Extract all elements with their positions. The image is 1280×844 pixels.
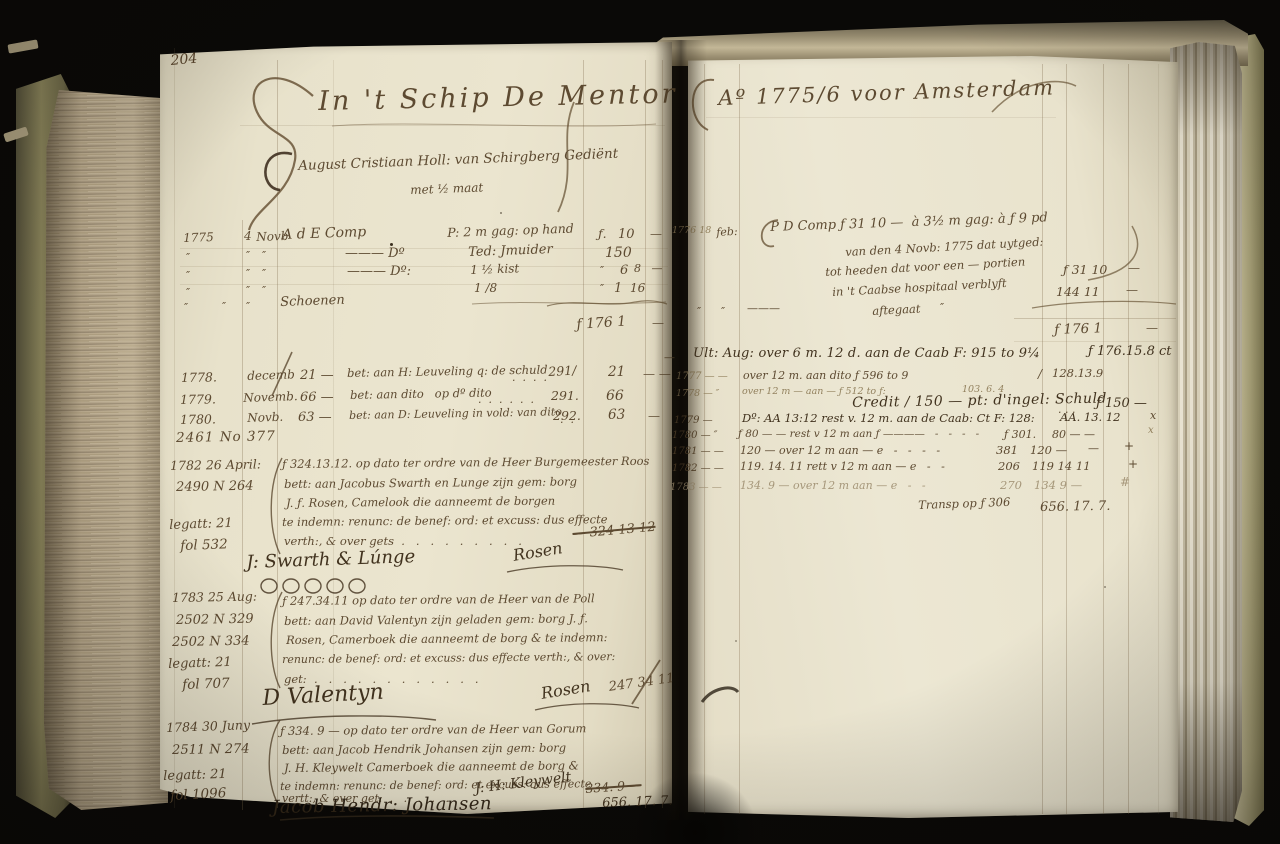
cover-tie	[7, 39, 38, 53]
pay-folio: 291.	[551, 390, 579, 403]
block-line: bett: aan David Valentyn zijn geladen ge…	[284, 613, 588, 627]
entry-amount: 6	[620, 264, 628, 277]
pay-desc: bet: aan dito op dº dito	[350, 388, 492, 402]
entry-amount: AA. 13. 12	[1060, 412, 1121, 424]
opening-total-dash: —	[652, 317, 664, 329]
ditto-mark: ″	[184, 302, 188, 313]
entry-body: 134. 9 — over 12 m aan — e - -	[740, 480, 926, 491]
rule-line	[1014, 341, 1176, 342]
entry-folio: /	[1038, 368, 1042, 380]
entry-mark: #	[1120, 476, 1130, 488]
ditto-mark: ″	[262, 268, 266, 279]
ditto-mark: ″	[186, 287, 190, 298]
swash-stroke	[1080, 222, 1142, 286]
block-line: ƒ 247.34.11 op dato ter ordre van de Hee…	[282, 593, 595, 607]
entry-currency: ″	[600, 265, 604, 276]
entry-currency: ″	[600, 283, 604, 294]
entry-party: ——— Dº:	[347, 265, 411, 278]
pay-year: 1778.	[181, 371, 217, 384]
entry-folio: 270	[1000, 480, 1022, 492]
rule-line	[180, 266, 668, 267]
hdr-total-dash: —	[1146, 322, 1158, 334]
pay-amount: 21	[608, 366, 625, 380]
rule-line	[180, 248, 668, 249]
ditto-mark: ″	[246, 268, 250, 279]
pay-year: 1780.	[180, 413, 216, 426]
ditto-mark: ″	[721, 306, 725, 317]
block-line: J. H. Kleywelt Camerboek die aanneemt de…	[284, 760, 579, 774]
entry-margin: 1781 — —	[672, 447, 724, 457]
dash-stroke: ———	[747, 303, 780, 314]
sum-stroke	[1030, 296, 1180, 312]
sum-stroke	[545, 296, 670, 310]
entry-party: ——— Dº	[345, 247, 405, 260]
block-line: renunc: de benef: ord: et excuss: dus ef…	[282, 651, 615, 665]
entry-folio: ƒ 301.	[1004, 429, 1036, 440]
pay-month: decemb	[247, 368, 295, 382]
entry-amount: ƒ 176.15.8 ct	[1088, 345, 1171, 358]
entry-party: Schoenen	[280, 294, 345, 309]
transport-amount: 656. 17. 7.	[1040, 500, 1111, 514]
rule-line	[1103, 64, 1104, 814]
entry-body: 119. 14. 11 rett v 12 m aan — e - -	[740, 461, 945, 472]
entry-dash: —	[1088, 443, 1099, 454]
block-number: 2511 N 274	[172, 743, 250, 757]
block-line: bett: aan Jacob Hendrik Johansen zijn ge…	[282, 743, 566, 757]
block-date: 1783 25 Aug:	[172, 591, 257, 605]
rule-line	[1014, 318, 1176, 319]
entry-desc: 1 ½ kist	[470, 262, 519, 276]
entry-amount: 150	[605, 246, 632, 260]
block-legatt: legatt: 21	[169, 517, 233, 532]
block-number: 2502 N 329	[176, 613, 254, 627]
rule-line	[1158, 64, 1159, 814]
entry-day: 4	[244, 230, 252, 242]
pay-dots: . . . .	[512, 372, 547, 383]
ledger-photo: 204 In 't Schip De Mentor August Cristia…	[0, 0, 1280, 844]
pay-amount: 63	[608, 409, 625, 423]
pay-value: 21 —	[300, 369, 334, 382]
entry-amount: 1	[614, 282, 622, 295]
block-legatt: legatt: 21	[163, 768, 227, 783]
brace-stroke	[266, 456, 286, 556]
ditto-mark: ″	[246, 301, 250, 312]
entry-margin: 1778 — ″	[676, 389, 719, 399]
pay-month: Novb.	[247, 411, 283, 424]
title-flourish-icon	[990, 74, 1080, 118]
entry-folio: 206	[998, 461, 1020, 473]
title-underline-stroke	[330, 118, 660, 132]
ditto-mark: ″	[262, 250, 266, 261]
entry-year: 1775	[183, 231, 214, 244]
ditto-mark: ″	[186, 252, 190, 263]
pay-month: Novemb.	[243, 390, 298, 404]
ditto-mark: ″	[246, 285, 250, 296]
entry-margin: 1782 — —	[672, 464, 724, 474]
entry-amount: 10	[618, 228, 635, 241]
pay-folio: 292.	[553, 410, 581, 423]
pay-value: 66 —	[300, 391, 334, 404]
block-date: 1784 30 Juny	[166, 719, 250, 734]
entry-margin: 1779 —	[674, 416, 713, 426]
entry-amount: 120 —	[1030, 445, 1067, 457]
entry-party: A d E Comp	[282, 225, 366, 242]
rule-line	[174, 48, 175, 808]
opening-total: ƒ 176 1	[576, 315, 627, 332]
entry-desc: 1 /8	[474, 282, 497, 294]
entry-mark: +	[1128, 458, 1138, 470]
hdr-line: aftegaat	[872, 303, 921, 317]
ink-slash-stroke	[628, 658, 664, 706]
ditto-mark: ″	[262, 285, 266, 296]
entry-margin: 1777 — —	[676, 372, 728, 382]
entry-body: Dº: AA 13:12 rest v. 12 m. aan de Caab: …	[742, 413, 1035, 425]
ditto-mark: ″	[246, 250, 250, 261]
entry-body: over 12 m. aan dito ƒ 596 to 9	[743, 370, 908, 381]
block-number: 2502 N 334	[172, 635, 250, 649]
block-line: ƒ 334. 9 — op dato ter ordre van de Heer…	[280, 723, 586, 737]
ink-speck	[390, 243, 393, 246]
entry-margin: 1783 — —	[670, 483, 722, 493]
rule-line	[1042, 64, 1043, 814]
block-line: Rosen, Camerboek die aanneemt de borg & …	[286, 632, 608, 646]
entry-mark: +	[1124, 440, 1134, 452]
block-legatt: legatt: 21	[168, 656, 232, 671]
entry-body: 120 — over 12 m aan — e - - - -	[740, 445, 940, 456]
entry-mark: x	[1150, 410, 1156, 421]
pay-dots: . . . . . .	[478, 394, 534, 405]
block-folio: fol 707	[182, 677, 230, 692]
pay-year: 1779.	[180, 393, 216, 406]
entry-amount: 134 9 —	[1034, 480, 1082, 492]
block-folio: fol 1096	[170, 787, 227, 803]
entry-amount: ƒ 150 —	[1096, 397, 1147, 410]
entry-desc: Ted: Jmuider	[468, 243, 553, 259]
title-flourish-icon	[684, 74, 720, 138]
entry-currency: ƒ.	[598, 228, 607, 241]
ink-speck	[735, 640, 737, 642]
signature-flourish-icon	[505, 562, 625, 576]
hdr-month: feb:	[716, 226, 738, 238]
pay-amount: 66	[606, 389, 624, 403]
entry-rest: 8 —	[634, 263, 663, 274]
left-page-title: In 't Schip De Mentor	[318, 80, 678, 115]
pay-desc: bet: aan D: Leuveling in vold: van dito	[349, 406, 562, 421]
entry-rest: —	[650, 228, 662, 240]
block-folio: fol 532	[180, 538, 228, 553]
page-edge-stack-right	[1170, 42, 1242, 822]
entry-amount: 119 14 11	[1032, 461, 1091, 473]
ledger-ref-note: 2461 No 377	[176, 430, 276, 445]
hdr-total: ƒ 176 1	[1054, 322, 1102, 337]
page-number: 204	[170, 52, 198, 68]
account-holder-line2: met ½ maat	[410, 181, 483, 196]
block-line: te indemn: renunc: de benef: ord: et exc…	[282, 514, 608, 528]
entry-margin: 1780 — ″	[672, 431, 718, 441]
entry-amount: 80 — —	[1052, 429, 1095, 440]
block-line: J. ƒ. Rosen, Camelook die aanneemt de bo…	[286, 496, 555, 510]
ditto-mark: ″	[222, 301, 226, 312]
ink-speck	[1104, 586, 1106, 588]
entry-body: ƒ 80 — — rest v 12 m aan ƒ ———— - - - -	[738, 429, 979, 440]
block-line: bett: aan Jacobus Swarth en Lunge zijn g…	[284, 476, 577, 490]
ink-speck	[500, 212, 502, 214]
signature-flourish-icon	[533, 700, 643, 714]
hdr-date: 1776 18	[672, 226, 711, 236]
block-date: 1782 26 April:	[170, 458, 261, 472]
carried-total: 656. 17. 7.	[602, 795, 673, 810]
entry-amount: 128.13.9	[1052, 368, 1103, 380]
ink-smudge-stroke	[698, 680, 742, 708]
ditto-mark: ″	[186, 270, 190, 281]
entry-mark: x	[1148, 426, 1154, 436]
entry-rest: 16	[630, 282, 645, 294]
entry-margin: —	[664, 352, 675, 363]
pay-folio: 291/	[548, 365, 577, 379]
ditto-mark: ″	[697, 306, 701, 317]
entry-folio: 381	[996, 445, 1018, 457]
subtitle-flourish-icon	[254, 146, 298, 194]
ditto-mark: ″	[940, 302, 944, 313]
page-edge-stack-left	[44, 90, 168, 810]
rule-line	[180, 284, 668, 285]
pay-value: 63 —	[298, 411, 332, 424]
pay-rest: —	[648, 410, 660, 422]
block-number: 2490 N 264	[176, 480, 254, 494]
entry-body: Ult: Aug: over 6 m. 12 d. aan de Caab F:…	[693, 347, 1040, 360]
pay-rest: — —	[643, 368, 671, 380]
signature-flourish-icon	[278, 812, 498, 822]
